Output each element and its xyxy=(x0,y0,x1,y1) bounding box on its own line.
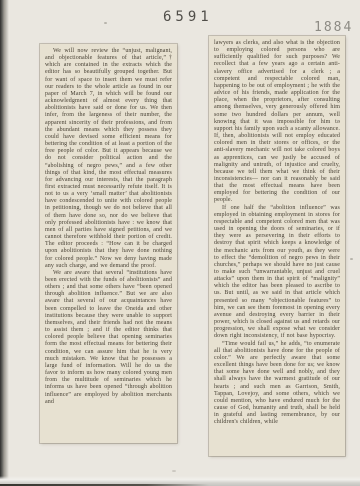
clipping-paragraph: If one half the “abolition influence” wa… xyxy=(214,205,340,341)
paper-speck xyxy=(104,22,107,24)
clipping-paragraph: “Time would fail us,” he adds, “to enume… xyxy=(214,341,340,427)
paper-speck xyxy=(172,470,176,472)
paper-speck xyxy=(350,258,353,260)
newspaper-clipping-right-column: lawyers as clerks, and also what is the … xyxy=(209,36,345,456)
scan-edge-left xyxy=(0,0,9,486)
newspaper-clipping-left-column: We will now review the “unjust, malignan… xyxy=(40,44,177,443)
paper-speck xyxy=(337,120,339,122)
clipping-paragraph: We will now review the “unjust, malignan… xyxy=(45,48,172,270)
scanned-document-page: 6591 1884 We will now review the “unjust… xyxy=(0,0,360,486)
year-stamp: 1884 xyxy=(314,20,353,35)
clipping-paragraph: lawyers as clerks, and also what is the … xyxy=(214,40,340,205)
catalog-number-stamp: 6591 xyxy=(163,9,213,25)
clipping-paragraph: We are aware that several “institutions … xyxy=(45,270,172,406)
